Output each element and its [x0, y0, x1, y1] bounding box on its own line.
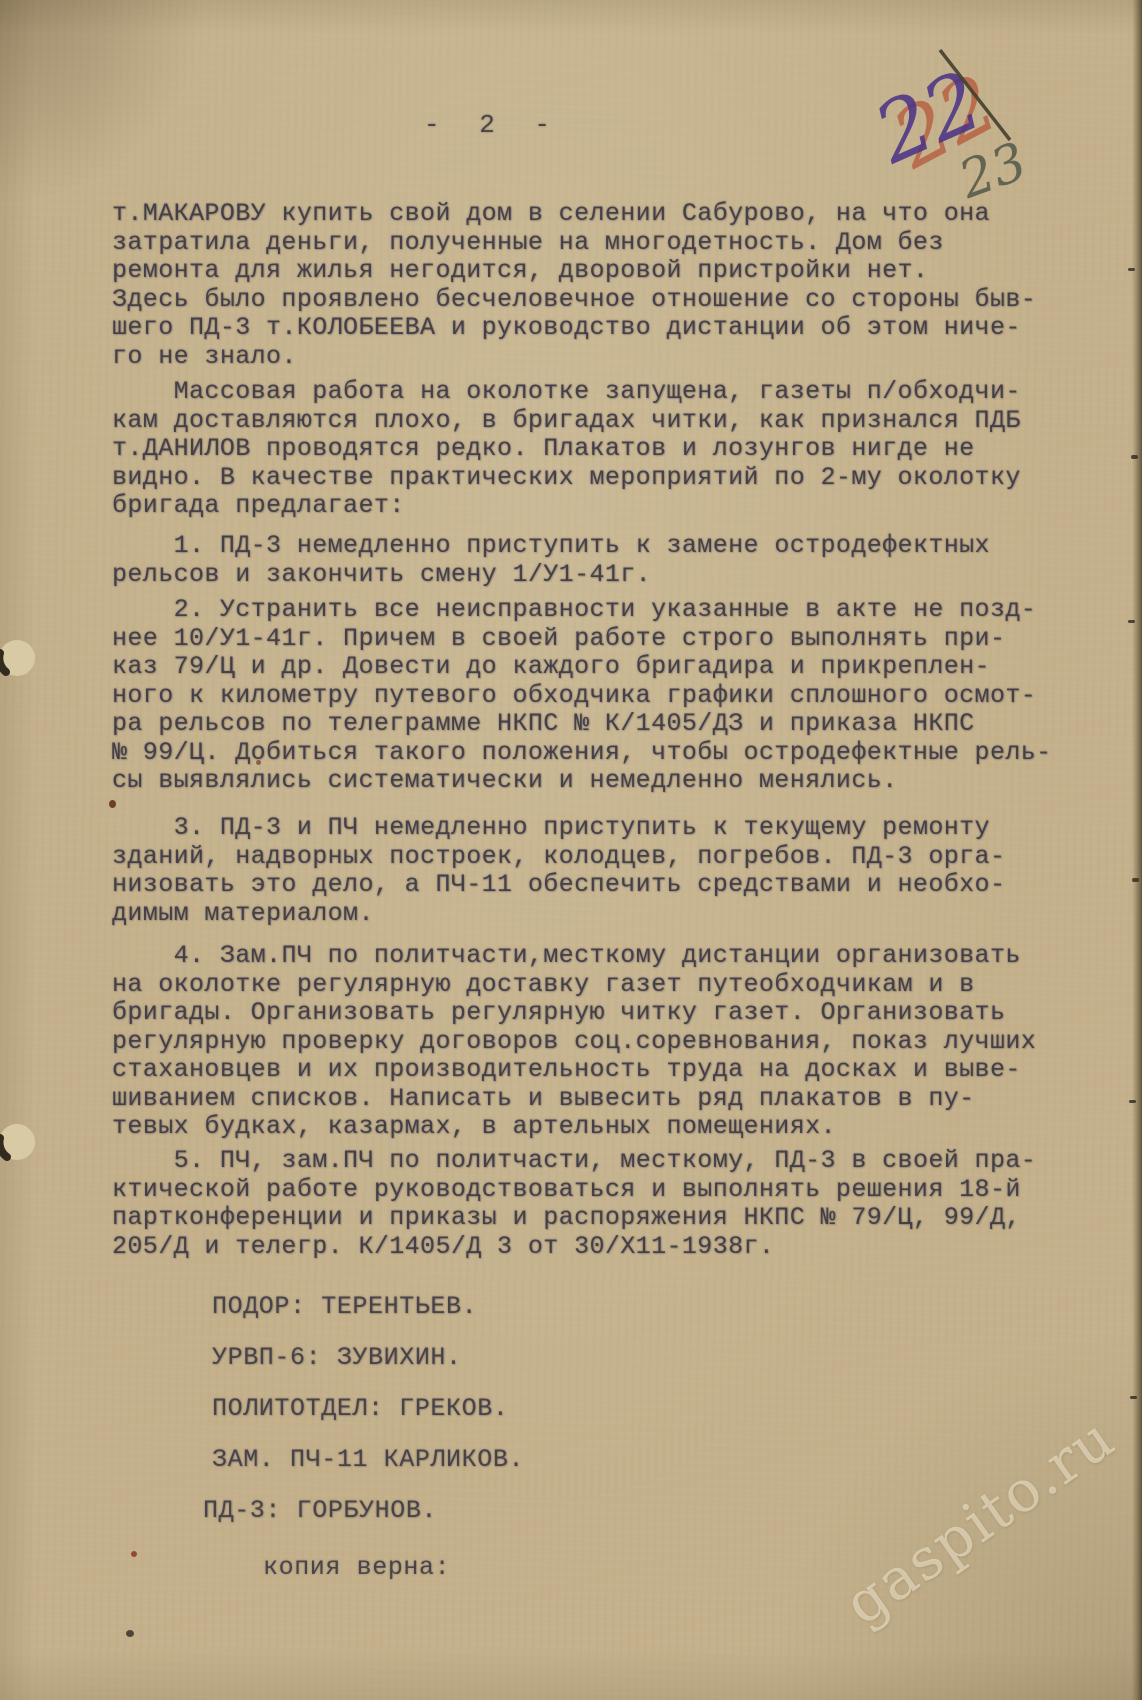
punch-hole-top: [0, 636, 41, 682]
paragraph-item-5: 5. ПЧ, зам.ПЧ по политчасти, месткому, П…: [112, 1147, 1102, 1261]
ink-speck: [131, 1551, 137, 1557]
ink-speck: [126, 1630, 134, 1637]
signature-podor: ПОДОР: ТЕРЕНТЬЕВ.: [212, 1292, 912, 1321]
page-right-edge-shadow: [1132, 0, 1142, 1700]
edge-ink-mark: [1130, 1396, 1137, 1399]
scanned-document-page: - 2 - 22 22 23 т.МАКАРОВУ купить свой до…: [0, 0, 1142, 1700]
edge-ink-mark: [1128, 620, 1135, 623]
edge-ink-mark: [1132, 878, 1139, 882]
signature-urvp: УРВП-6: ЗУВИХИН.: [212, 1343, 912, 1372]
paragraph-item-4: 4. Зам.ПЧ по политчасти,месткому дистанц…: [112, 942, 1102, 1142]
page-number: - 2 -: [424, 110, 562, 140]
signature-politotdel: ПОЛИТОТДЕЛ: ГРЕКОВ.: [212, 1394, 912, 1423]
edge-ink-mark: [1129, 1100, 1136, 1103]
paragraph-item-3: 3. ПД-3 и ПЧ немедленно приступить к тек…: [112, 814, 1102, 928]
paragraph-mass-work: Массовая работа на околотке запущена, га…: [112, 378, 1102, 521]
ink-speck: [109, 800, 116, 808]
handwritten-page-numbers: 22 22 23: [848, 42, 1078, 212]
punch-hole-bottom: [0, 1120, 41, 1166]
signature-pd3: ПД-3: ГОРБУНОВ.: [203, 1496, 903, 1525]
paragraph-makarova-house: т.МАКАРОВУ купить свой дом в селении Саб…: [112, 200, 1102, 371]
edge-ink-mark: [1131, 455, 1138, 459]
edge-ink-mark: [1128, 268, 1135, 271]
paragraph-item-1: 1. ПД-3 немедленно приступить к замене о…: [112, 532, 1102, 589]
signature-zam-pch: ЗАМ. ПЧ-11 КАРЛИКОВ.: [212, 1445, 912, 1474]
paragraph-item-2: 2. Устранить все неисправности указанные…: [112, 596, 1102, 796]
copy-certification-note: копия верна:: [263, 1553, 450, 1582]
ink-speck: [256, 760, 261, 765]
